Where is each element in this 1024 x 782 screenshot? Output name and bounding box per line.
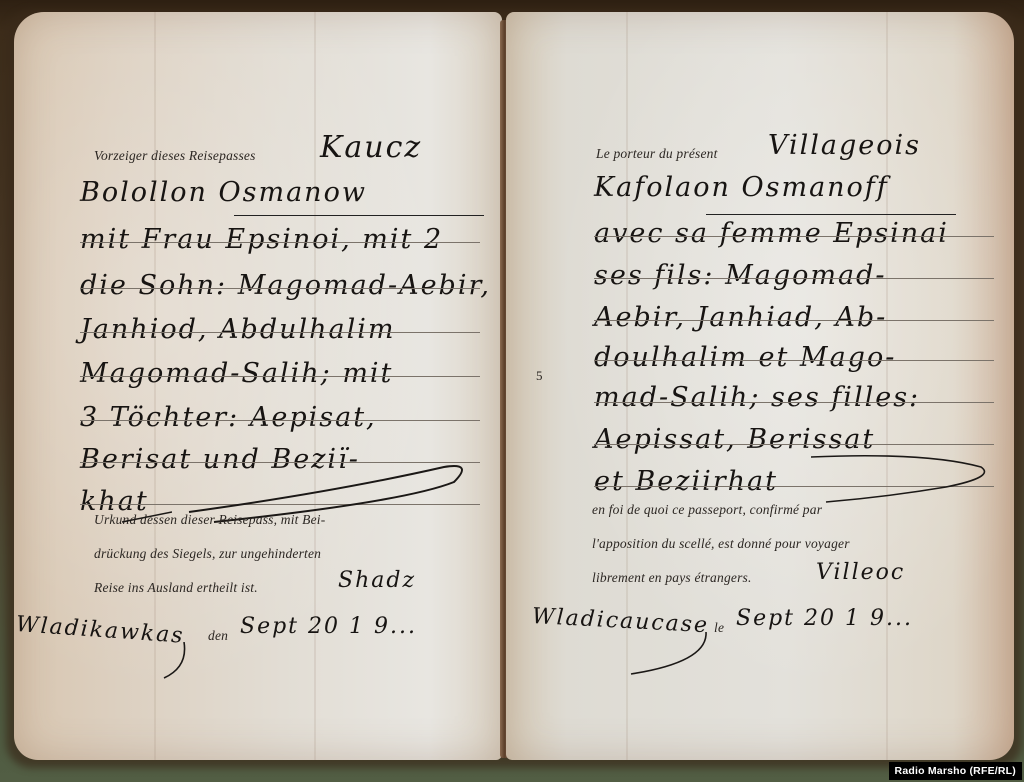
official-signature: Shadz [338, 568, 416, 593]
form-rule [594, 278, 994, 279]
printed-den: den [208, 628, 228, 644]
form-rule [594, 320, 994, 321]
handwriting-line: Kafolaon Osmanoff [594, 172, 889, 203]
handwriting-line: Janhiod, Abdulhalim [80, 314, 396, 345]
handwriting-line: Bolollon Osmanow [80, 177, 367, 208]
printed-closing-line: Reise ins Ausland ertheilt ist. [94, 580, 258, 596]
printed-closing-line: librement en pays étrangers. [592, 570, 752, 586]
printed-heading-de: Vorzeiger dieses Reisepasses [94, 148, 256, 164]
handwriting-line: mad-Salih; ses filles: [594, 382, 920, 413]
handwriting-line: Villageois [768, 130, 921, 161]
issue-date: Sept 20 1 9... [240, 614, 417, 639]
underline [234, 215, 484, 216]
left-page: Vorzeiger dieses Reisepasses Kaucz Bolol… [14, 12, 502, 760]
handwriting-line: die Sohn: Magomad-Aebir, [80, 270, 491, 301]
official-signature: Villeoc [816, 560, 905, 585]
right-page: 5 Le porteur du présent Villageois Kafol… [506, 12, 1014, 760]
handwriting-line: Aebir, Janhiad, Ab- [594, 302, 887, 333]
pen-flourish [154, 642, 194, 682]
handwriting-line: 3 Töchter: Aepisat, [80, 402, 377, 433]
underline [706, 214, 956, 215]
form-rule [594, 236, 994, 237]
form-rule [594, 402, 994, 403]
issue-date: Sept 20 1 9... [736, 606, 913, 631]
form-rule [80, 288, 480, 289]
pen-flourish [806, 442, 996, 512]
form-rule [80, 242, 480, 243]
handwriting-line: Kaucz [320, 130, 422, 165]
passport-photo: Vorzeiger dieses Reisepasses Kaucz Bolol… [0, 0, 1024, 782]
printed-closing-line: l'apposition du scellé, est donné pour v… [592, 536, 850, 552]
form-rule [80, 420, 480, 421]
handwriting-line: ses fils: Magomad- [594, 260, 886, 291]
printed-closing-line: drückung des Siegels, zur ungehinderten [94, 546, 321, 562]
strikethrough [122, 510, 172, 524]
handwriting-line: Magomad-Salih; mit [80, 358, 393, 389]
printed-heading-fr: Le porteur du présent [596, 146, 718, 162]
printed-closing-line: en foi de quoi ce passeport, confirmé pa… [592, 502, 822, 518]
pen-flourish [626, 632, 716, 682]
watermark-credit: Radio Marsho (RFE/RL) [889, 762, 1022, 780]
form-rule [594, 360, 994, 361]
page-number: 5 [536, 368, 543, 384]
handwriting-line: doulhalim et Mago- [594, 342, 896, 373]
form-rule [80, 376, 480, 377]
form-rule [80, 332, 480, 333]
handwriting-line: et Beziirhat [594, 466, 778, 497]
handwriting-line: avec sa femme Epsinai [594, 218, 949, 249]
handwriting-line: mit Frau Epsinoi, mit 2 [80, 224, 443, 255]
